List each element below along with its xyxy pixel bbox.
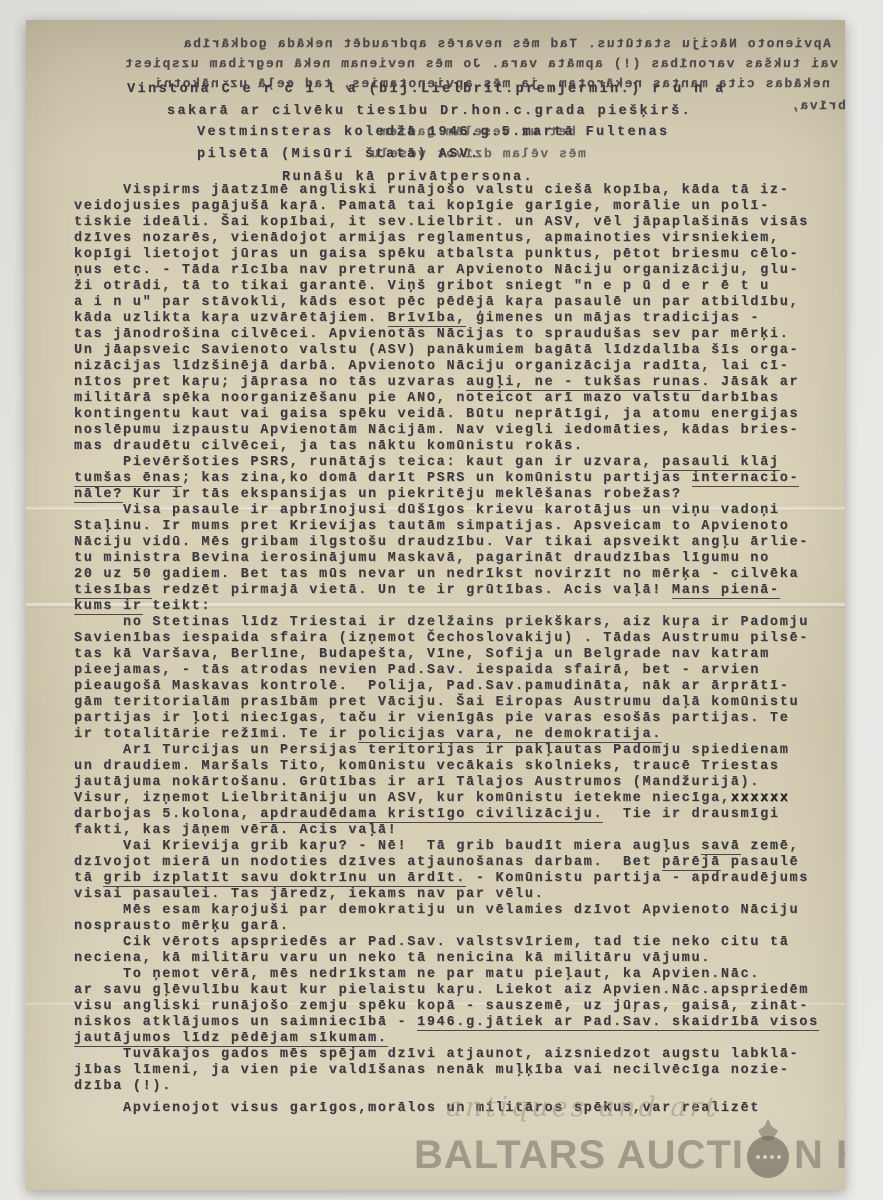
typewritten-line: niskos atklājumos un saimniecībā - 1946.…: [74, 1015, 845, 1031]
underlined-text: pārējā: [662, 855, 721, 871]
mirrored-bleedthrough-line: brīva,: [756, 98, 845, 113]
typewritten-line: kontingentu kaut vai gaisa spēku veidā. …: [74, 407, 845, 423]
underlined-text: 1946.g.jātiek ar Pad.Sav. skaidrībā viso…: [417, 1015, 819, 1031]
header-line: sakarā ar cilvēku tiesību Dr.hon.c.grada…: [167, 104, 692, 119]
typewritten-line: To ņemot vērā, mēs nedrīkstam ne par mat…: [74, 967, 845, 983]
header-line: Vestminsteras koledžā 1946.g.5.martā Ful…: [197, 125, 670, 140]
typewritten-line: Vispirms jāatzīmē angliski runājošo vals…: [74, 183, 845, 199]
typewritten-line: Visa pasaule ir apbrīnojusi dūšīgos krie…: [74, 503, 845, 519]
typewritten-line: nāle? Kur ir tās ekspansijas un piekritē…: [74, 487, 845, 503]
watermark: BALTARS AUCTI N HOUSE: [414, 1133, 845, 1178]
document-body: Vispirms jāatzīmē angliski runājošo vals…: [74, 183, 845, 1117]
typewritten-line: jības līmeni, ja vien pie valdīšanas nen…: [74, 1063, 845, 1079]
typewritten-line: Staļinu. Ir mums pret Krievijas tautām s…: [74, 519, 845, 535]
auction-house-logo-icon: [747, 1134, 791, 1178]
typewritten-line: Visur, izņemot Lielbritāniju un ASV, kur…: [74, 791, 845, 807]
typewritten-line: Arī Turcijas un Persijas teritorijas ir …: [74, 743, 845, 759]
typewritten-line: visu angliski runājošo zemju spēku kopā …: [74, 999, 845, 1015]
typewritten-line: ži otrādi, tā to tikai garantē. Viņš gri…: [74, 279, 845, 295]
header-line: pilsētā (Misūri štatā) ASV.: [197, 147, 481, 162]
underlined-text: kums ir: [74, 599, 143, 615]
scanned-document-photo: { "document": { "language": "Latvian", "…: [0, 0, 883, 1200]
typewritten-line: neciena, kā militāru varu un neko tā nen…: [74, 951, 845, 967]
typewritten-line: pieejamas, - tās atrodas nevien Pad.Sav.…: [74, 663, 845, 679]
typewritten-line: fakti, kas jāņem vērā. Acis vaļā!: [74, 823, 845, 839]
typewritten-line: kums ir teikt:: [74, 599, 845, 615]
underlined-text: Brīvība,: [388, 311, 466, 327]
typewritten-line: Vai Krievija grib kaŗu? - Nē! Tā grib ba…: [74, 839, 845, 855]
typewritten-line: tiskie ideāli. Šai kopībai, it sev.Lielb…: [74, 215, 845, 231]
typewritten-line: tu ministra Bevina ierosinājumu Maskavā,…: [74, 551, 845, 567]
typewritten-line: Pievēršoties PSRS, runātājs teica: kaut …: [74, 455, 845, 471]
typewritten-line: ar savu gļēvulību kaut kur pielaistu kaŗ…: [74, 983, 845, 999]
typewritten-line: pieaugošā Maskavas kontrolē. Polija, Pad…: [74, 679, 845, 695]
underlined-text: apdraudēdama kristīgo civilizāciju.: [260, 807, 603, 823]
typewritten-line: dzīvojot mierā un nodoties dzīves atjaun…: [74, 855, 845, 871]
typewritten-line: nosprausto mērķu garā.: [74, 919, 845, 935]
watermark-text-left: BALTARS AUCTI: [414, 1133, 744, 1178]
typewritten-line: tiesības redzēt pirmajā vietā. Un te ir …: [74, 583, 845, 599]
typewritten-line: Nāciju vidū. Mēs gribam ilgstošu draudzī…: [74, 535, 845, 551]
typewritten-line: dzīves nozarēs, vienādojot armijas regla…: [74, 231, 845, 247]
mirrored-bleedthrough-line: Apvienoto Nāciju statūtus. Tad mēs nevar…: [176, 36, 831, 51]
typewritten-line: nizācijas līdzšinējā darbā. Apvienoto Nā…: [74, 359, 845, 375]
watermark-text-right: N HOUSE: [794, 1133, 845, 1178]
typewritten-line: Cik vērots apspriedēs ar Pad.Sav. valsts…: [74, 935, 845, 951]
typewritten-line: visai pasaulei. Tas jāredz, iekams nav p…: [74, 887, 845, 903]
typewritten-line: partijas ir ļoti niecīgas, taču ir vienī…: [74, 711, 845, 727]
typewritten-line: tā grib izplatīt savu doktrīnu un ārdīt.…: [74, 871, 845, 887]
typewritten-line: noslēpumu izpaustu Apvienotām Nācijām. N…: [74, 423, 845, 439]
typewritten-line: tumšas ēnas; kas zina,ko domā darīt PSRS…: [74, 471, 845, 487]
typewritten-line: a i n u" par stāvokli, kāds esot pēc pēd…: [74, 295, 845, 311]
underlined-text: Mans pienā-: [672, 583, 780, 599]
overstruck-text: xxxxxx: [731, 791, 790, 806]
typewritten-line: jautājuma nokārtošanu. Grūtības ir arī T…: [74, 775, 845, 791]
watermark-script-text: antiques and art: [446, 1092, 719, 1123]
underlined-text: savā: [701, 839, 740, 855]
typewritten-line: darbojas 5.kolona, apdraudēdama kristīgo…: [74, 807, 845, 823]
underlined-text: policijas vara, ne demokratija.: [358, 727, 662, 743]
typewritten-line: ir totalitārie režīmi. Te ir policijas v…: [74, 727, 845, 743]
underlined-text: internacio-: [692, 471, 800, 487]
typewritten-line: gām teritorialām prasībām pret Vāciju. Š…: [74, 695, 845, 711]
typewritten-line: tas kā Varšava, Berlīne, Budapešta, Vīne…: [74, 647, 845, 663]
scanned-typewritten-page: Apvienoto Nāciju statūtus. Tad mēs nevar…: [26, 20, 845, 1190]
underlined-text: grib izplatīt savu doktrīnu un ārdīt.: [103, 871, 466, 887]
typewritten-line: militārā spēka noorganizēšanu pie ANO, n…: [74, 391, 845, 407]
underlined-text: nāle?: [74, 487, 123, 503]
typewritten-line: kopīgi lietojot jūras un gaisa spēku atb…: [74, 247, 845, 263]
underlined-text: tiesības: [74, 583, 152, 599]
typewritten-line: Savienības iespaida sfaira (izņemot Čech…: [74, 631, 845, 647]
typewritten-line: veidojusies pagājušā kaŗā. Pamatā tai ko…: [74, 199, 845, 215]
typewritten-line: Un jāapsveic Savienoto valstu (ASV) panā…: [74, 343, 845, 359]
typewritten-line: kāda uzlikta kaŗa uzvārētājiem. Brīvība,…: [74, 311, 845, 327]
typewritten-line: un draudiem. Maršals Tito, komūnistu vec…: [74, 759, 845, 775]
typewritten-line: nītos pret kaŗu; jāprasa no tās uzvaras …: [74, 375, 845, 391]
typewritten-line: 20 uz 50 gadiem. Bet tas mūs nevar un ne…: [74, 567, 845, 583]
typewritten-line: ņus etc. - Tāda rīcība nav pretrunā ar A…: [74, 263, 845, 279]
typewritten-line: tas jānodrošina cilvēcei. Apvienotās Nāc…: [74, 327, 845, 343]
typewritten-line: Mēs esam kaŗojuši par demokratiju un vēl…: [74, 903, 845, 919]
typewritten-line: jautājumos līdz pēdējam sīkumam.: [74, 1031, 845, 1047]
mirrored-bleedthrough-line: vai tukšas varonības (!) apmāta vara. Jo…: [38, 56, 838, 71]
typewritten-line: Tuvākajos gados mēs spējam dzīvi atjauno…: [74, 1047, 845, 1063]
typewritten-line: mas draudētu cilvēcei, ja tas nāktu komū…: [74, 439, 845, 455]
underlined-text: augļi, ne - tukšas runas: [466, 375, 701, 391]
header-line: Vinstona Č e r č i l a (bij.Lielbrit.pre…: [127, 82, 726, 97]
underlined-text: pasauli klāj: [662, 455, 780, 471]
underlined-text: tumšas ēnas: [74, 471, 182, 487]
typewritten-line: no Stetinas līdz Triestai ir dzelžains p…: [74, 615, 845, 631]
underlined-text: jautājumos līdz pēdējam sīkumam.: [74, 1031, 388, 1047]
